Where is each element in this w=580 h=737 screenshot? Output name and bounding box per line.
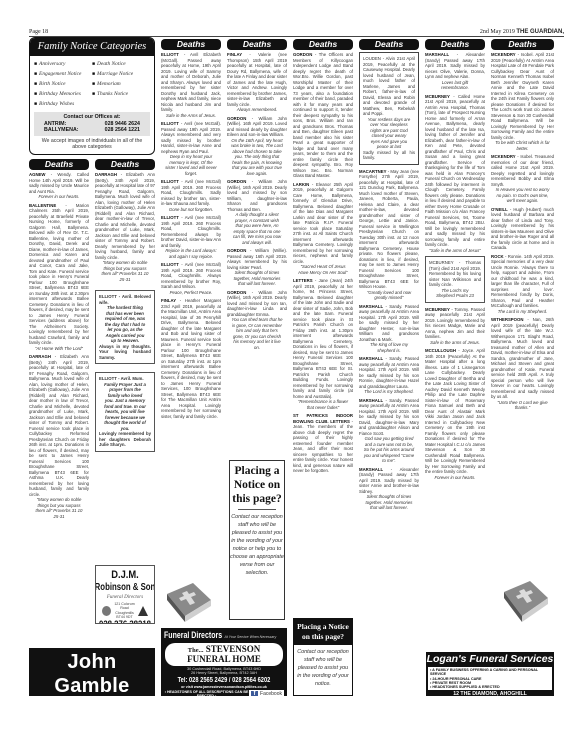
deaths-header: Deaths bbox=[293, 39, 353, 50]
column-5: Deaths GORDON - The Officers and Members… bbox=[293, 39, 353, 599]
categories-title: Family Notice Categories bbox=[30, 38, 154, 56]
family-notice-categories: Family Notice Categories Anniversary Dea… bbox=[29, 37, 155, 155]
category-item: Birth Notice bbox=[34, 80, 92, 89]
death-notice: WITHERSPOON - Nan, 26th April 2019 (peac… bbox=[491, 317, 554, 411]
bible-icon bbox=[163, 580, 213, 625]
placing-notice-ad-small: Placing a Notice on this page? Contact o… bbox=[293, 618, 353, 696]
death-notice: MARSHALL - Sandy. Passed away peacefully… bbox=[359, 398, 419, 464]
death-notice: ELLIOTT - Avril (nee McGall) 19th April … bbox=[161, 262, 221, 295]
logans-funeral-services-ad: Logan's Funeral Services • A FAMILY BUSI… bbox=[426, 652, 554, 696]
death-notice: MCBURNEY - Called Home 21st April 2019, … bbox=[425, 94, 485, 254]
boxed-death-notice: LOUDEN - Alvin 21st April 2019, Peaceful… bbox=[359, 52, 419, 165]
death-notice: LARKIN - Eleanor 25th April 2019, peacef… bbox=[293, 182, 353, 276]
triangle-logo-icon bbox=[138, 606, 148, 616]
death-notice: MCCULLOUGH - Joyce. April 16th 2019 (Pea… bbox=[425, 348, 485, 480]
death-notice: GORDON - The Officers and Members of Kil… bbox=[293, 52, 353, 179]
death-notice: O'NEILL - Hugh (Hubert) much loved husba… bbox=[491, 207, 554, 251]
deaths-header: Deaths bbox=[227, 39, 287, 50]
column-4: Deaths FINLAY - Valerie (nee Thompson) 1… bbox=[227, 39, 287, 459]
column-3: Deaths ELLIOTT - Avril Elizabeth (McGall… bbox=[161, 39, 221, 569]
death-notice: BALLENTINE - Marion Chalmers 25th April … bbox=[29, 203, 89, 352]
funeral-association-logo-icon bbox=[102, 606, 111, 616]
deaths-header: Deaths bbox=[359, 39, 419, 50]
death-notice: MARSHALL - Sandy. Passed away peacefully… bbox=[359, 356, 419, 395]
death-notice: MACARTNEY - May Jean (nee Forsythe) 27th… bbox=[359, 169, 419, 301]
column-1: Deaths AGNEW - Wendy. Called Home 14th A… bbox=[29, 159, 89, 522]
category-item: Birthday Memories bbox=[34, 90, 92, 99]
john-gamble-ad: John Gamble Memorials • Renovations • In… bbox=[29, 648, 155, 696]
category-item: Marriage Notice bbox=[92, 70, 150, 79]
bible-cross-image bbox=[163, 580, 213, 625]
death-notice: DARRAGH - Elizabeth Ann (Betty). 24th Ap… bbox=[95, 172, 155, 282]
deaths-header: Deaths bbox=[29, 159, 89, 170]
column-7: Deaths MARSHALL - Alexander (Sandy) Pass… bbox=[425, 39, 485, 654]
facebook-badge: fFacebook bbox=[249, 690, 284, 696]
stevenson-funeral-home-ad: Funeral DirectorsAt Your Service When Ne… bbox=[161, 628, 287, 696]
bible-cross-image-2 bbox=[500, 578, 550, 626]
djm-robinson-ad: D.J.M. Robinson & Son Funeral Directors … bbox=[95, 565, 155, 624]
boxed-death-notice: MCBURNEY - Thomas (Tom) died 21st April … bbox=[425, 256, 485, 303]
category-item: Memoriam bbox=[92, 80, 150, 89]
death-notice: MARSHALL - Sandy. Passed away peacefully… bbox=[359, 304, 419, 354]
death-notice: ELLIOTT - Avril (nee McGall) 19th April … bbox=[161, 179, 221, 212]
death-notice: ELLIOTT - Avril Elizabeth (McGall). Pass… bbox=[161, 52, 221, 118]
death-notice: FINLAY - Heather Margaret 23rd April 201… bbox=[161, 298, 221, 419]
death-notice: MCKENDRY - Isobel. April 21st 2019 (Peac… bbox=[491, 52, 554, 151]
images-note: We accept images of individuals in all o… bbox=[30, 136, 154, 153]
logan-services-list: • A FAMILY BUSINESS OFFERING A CARING AN… bbox=[428, 667, 552, 690]
death-notice: ELLIOTT - Avril (nee McGall) 19th April … bbox=[161, 215, 221, 259]
facebook-icon: f bbox=[251, 691, 258, 696]
page-number: Page 18 bbox=[29, 29, 48, 35]
death-notice: ROCK - Ronnie. 14th April 2019. Special … bbox=[491, 254, 554, 315]
category-item: Birthday Wishes bbox=[34, 100, 92, 109]
death-notice: MARSHALL - Alexander (Sandy) Passed away… bbox=[425, 52, 485, 91]
boxed-death-notice: ELLIOTT - Avril. Beloved wife. The harde… bbox=[95, 290, 155, 364]
contact-offices: Contact our Offices at: ANTRIM:028 9446 … bbox=[34, 112, 150, 136]
death-notice: GORDON - William John (Willie), 16th Apr… bbox=[227, 179, 287, 245]
death-notice: GORDON - William John (Willie). 16th Apr… bbox=[227, 116, 287, 177]
death-notice: ST PATRICKS INDOOR BOWLING CLUB. LETTERS… bbox=[293, 413, 353, 474]
death-notice: MARSHALL - Alexander (Sandy) Passed away… bbox=[359, 467, 419, 511]
newspaper-page: Page 18 2nd May 2019 THE GUARDIAN, Famil… bbox=[0, 0, 580, 737]
death-notice: MCKENDRY - Isobel. Treasured memories of… bbox=[491, 154, 554, 204]
death-notice: AGNEW - Wendy. Called Home 14th April 20… bbox=[29, 172, 89, 200]
paper-name: THE GUARDIAN, bbox=[516, 29, 564, 35]
deaths-header: Deaths bbox=[95, 159, 155, 170]
categories-list: Anniversary Death Notice Engagement Noti… bbox=[30, 56, 154, 111]
death-notice: MCBURNEY - Tommy. Passed away peacefully… bbox=[425, 307, 485, 346]
deaths-header: Deaths bbox=[161, 39, 221, 50]
office-ballymena: BALLYMENA:028 2564 1221 bbox=[40, 127, 144, 134]
boxed-death-notice: ELLIOTT - Avril. Mum. Family Prayer Just… bbox=[95, 372, 155, 452]
bible-icon bbox=[500, 578, 550, 626]
issue-date: 2nd May 2019 THE GUARDIAN, bbox=[480, 29, 564, 35]
deaths-header: Deaths bbox=[491, 39, 554, 50]
column-8: Deaths MCKENDRY - Isobel. April 21st 201… bbox=[491, 39, 554, 569]
death-notice: DARRAGH - Elizabeth Ann (Betty) 24th Apr… bbox=[29, 354, 89, 519]
death-notice: GORDON - William John (Willie), 16th Apr… bbox=[227, 290, 287, 351]
deaths-header: Deaths bbox=[425, 39, 485, 50]
category-item: Engagement Notice bbox=[34, 70, 92, 79]
death-notice: FINLAY - Valerie (nee Thompson) 15th Apr… bbox=[227, 52, 287, 113]
column-6: Deaths LOUDEN - Alvin 21st April 2019, P… bbox=[359, 39, 419, 699]
death-notice: ELLIOTT - Avril (nee McGall). Passed awa… bbox=[161, 121, 221, 176]
category-item: Anniversary bbox=[34, 60, 92, 69]
placing-notice-ad: Placing a Notice on this page? Contact o… bbox=[229, 460, 285, 620]
category-item: Thanks Notice bbox=[92, 90, 150, 99]
death-notice: LETTERS - Jane (Jean) 24th April 2019, p… bbox=[293, 278, 353, 410]
column-2: Deaths DARRAGH - Elizabeth Ann (Betty). … bbox=[95, 159, 155, 456]
category-item: Death Notice bbox=[92, 60, 150, 69]
death-notice: GORDON - William (Willie). Passed away 1… bbox=[227, 248, 287, 287]
